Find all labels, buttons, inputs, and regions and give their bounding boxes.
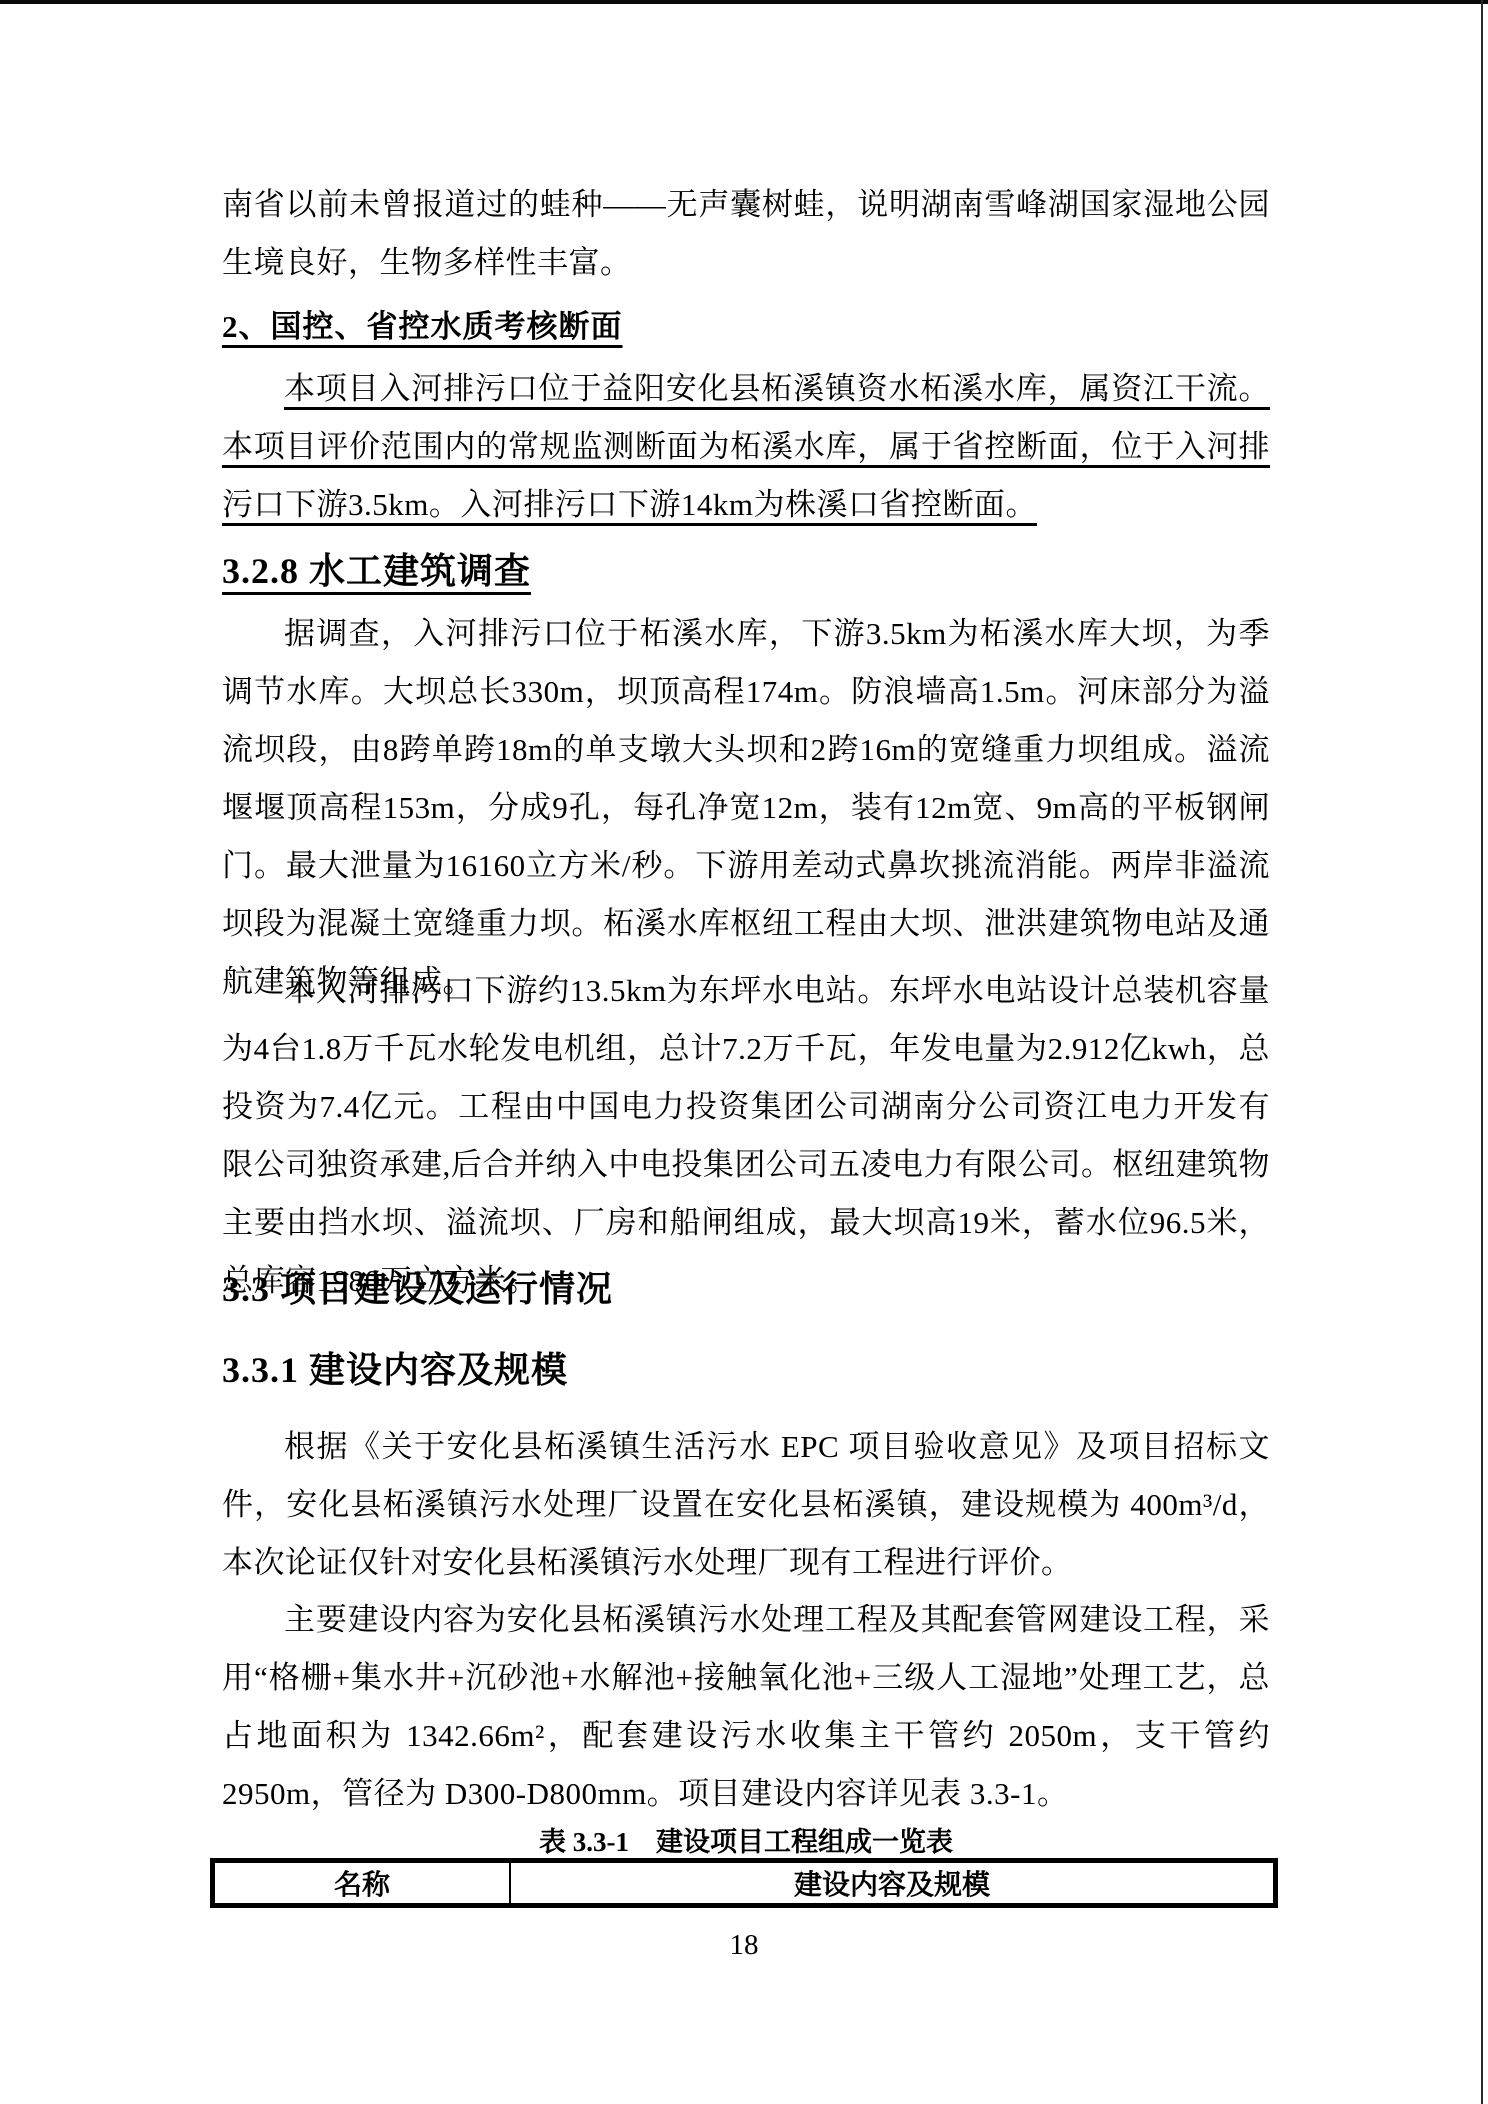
document-page: 南省以前未曾报道过的蛙种——无声囊树蛙，说明湖南雪峰湖国家湿地公园生境良好，生物…	[0, 0, 1488, 2104]
heading-3-2-8-hydraulic-structures: 3.2.8 水工建筑调查	[222, 548, 1270, 594]
paragraph-dam-survey: 据调查，入河排污口位于柘溪水库，下游3.5km为柘溪水库大坝，为季调节水库。大坝…	[222, 605, 1270, 1011]
window-right-border	[1481, 0, 1483, 2104]
paragraph-outfall-monitoring: 本项目入河排污口位于益阳安化县柘溪镇资水柘溪水库，属资江干流。本项目评价范围内的…	[222, 360, 1270, 534]
table-header-content-scale: 建设内容及规模	[511, 1863, 1273, 1903]
heading-3-3-project-construction: 3.3 项目建设及运行情况	[222, 1266, 1270, 1312]
heading-3-3-1-construction-scale: 3.3.1 建设内容及规模	[222, 1347, 1270, 1393]
window-top-border	[0, 0, 1488, 4]
page-number: 18	[0, 1928, 1488, 1962]
paragraph-main-construction-content: 主要建设内容为安化县柘溪镇污水处理工程及其配套管网建设工程，采用“格栅+集水井+…	[222, 1591, 1270, 1823]
project-composition-table: 名称 建设内容及规模	[210, 1858, 1278, 1908]
paragraph-dongping-hydropower: 本入河排污口下游约13.5km为东坪水电站。东坪水电站设计总装机容量为4台1.8…	[222, 962, 1270, 1310]
paragraph-epc-acceptance-basis: 根据《关于安化县柘溪镇生活污水 EPC 项目验收意见》及项目招标文件，安化县柘溪…	[222, 1418, 1270, 1592]
heading-water-quality-sections: 2、国控、省控水质考核断面	[222, 307, 1270, 347]
table-header-name: 名称	[215, 1863, 511, 1903]
table-caption: 表 3.3-1 建设项目工程组成一览表	[222, 1826, 1270, 1858]
paragraph-frog-species-continuation: 南省以前未曾报道过的蛙种——无声囊树蛙，说明湖南雪峰湖国家湿地公园生境良好，生物…	[222, 176, 1270, 292]
